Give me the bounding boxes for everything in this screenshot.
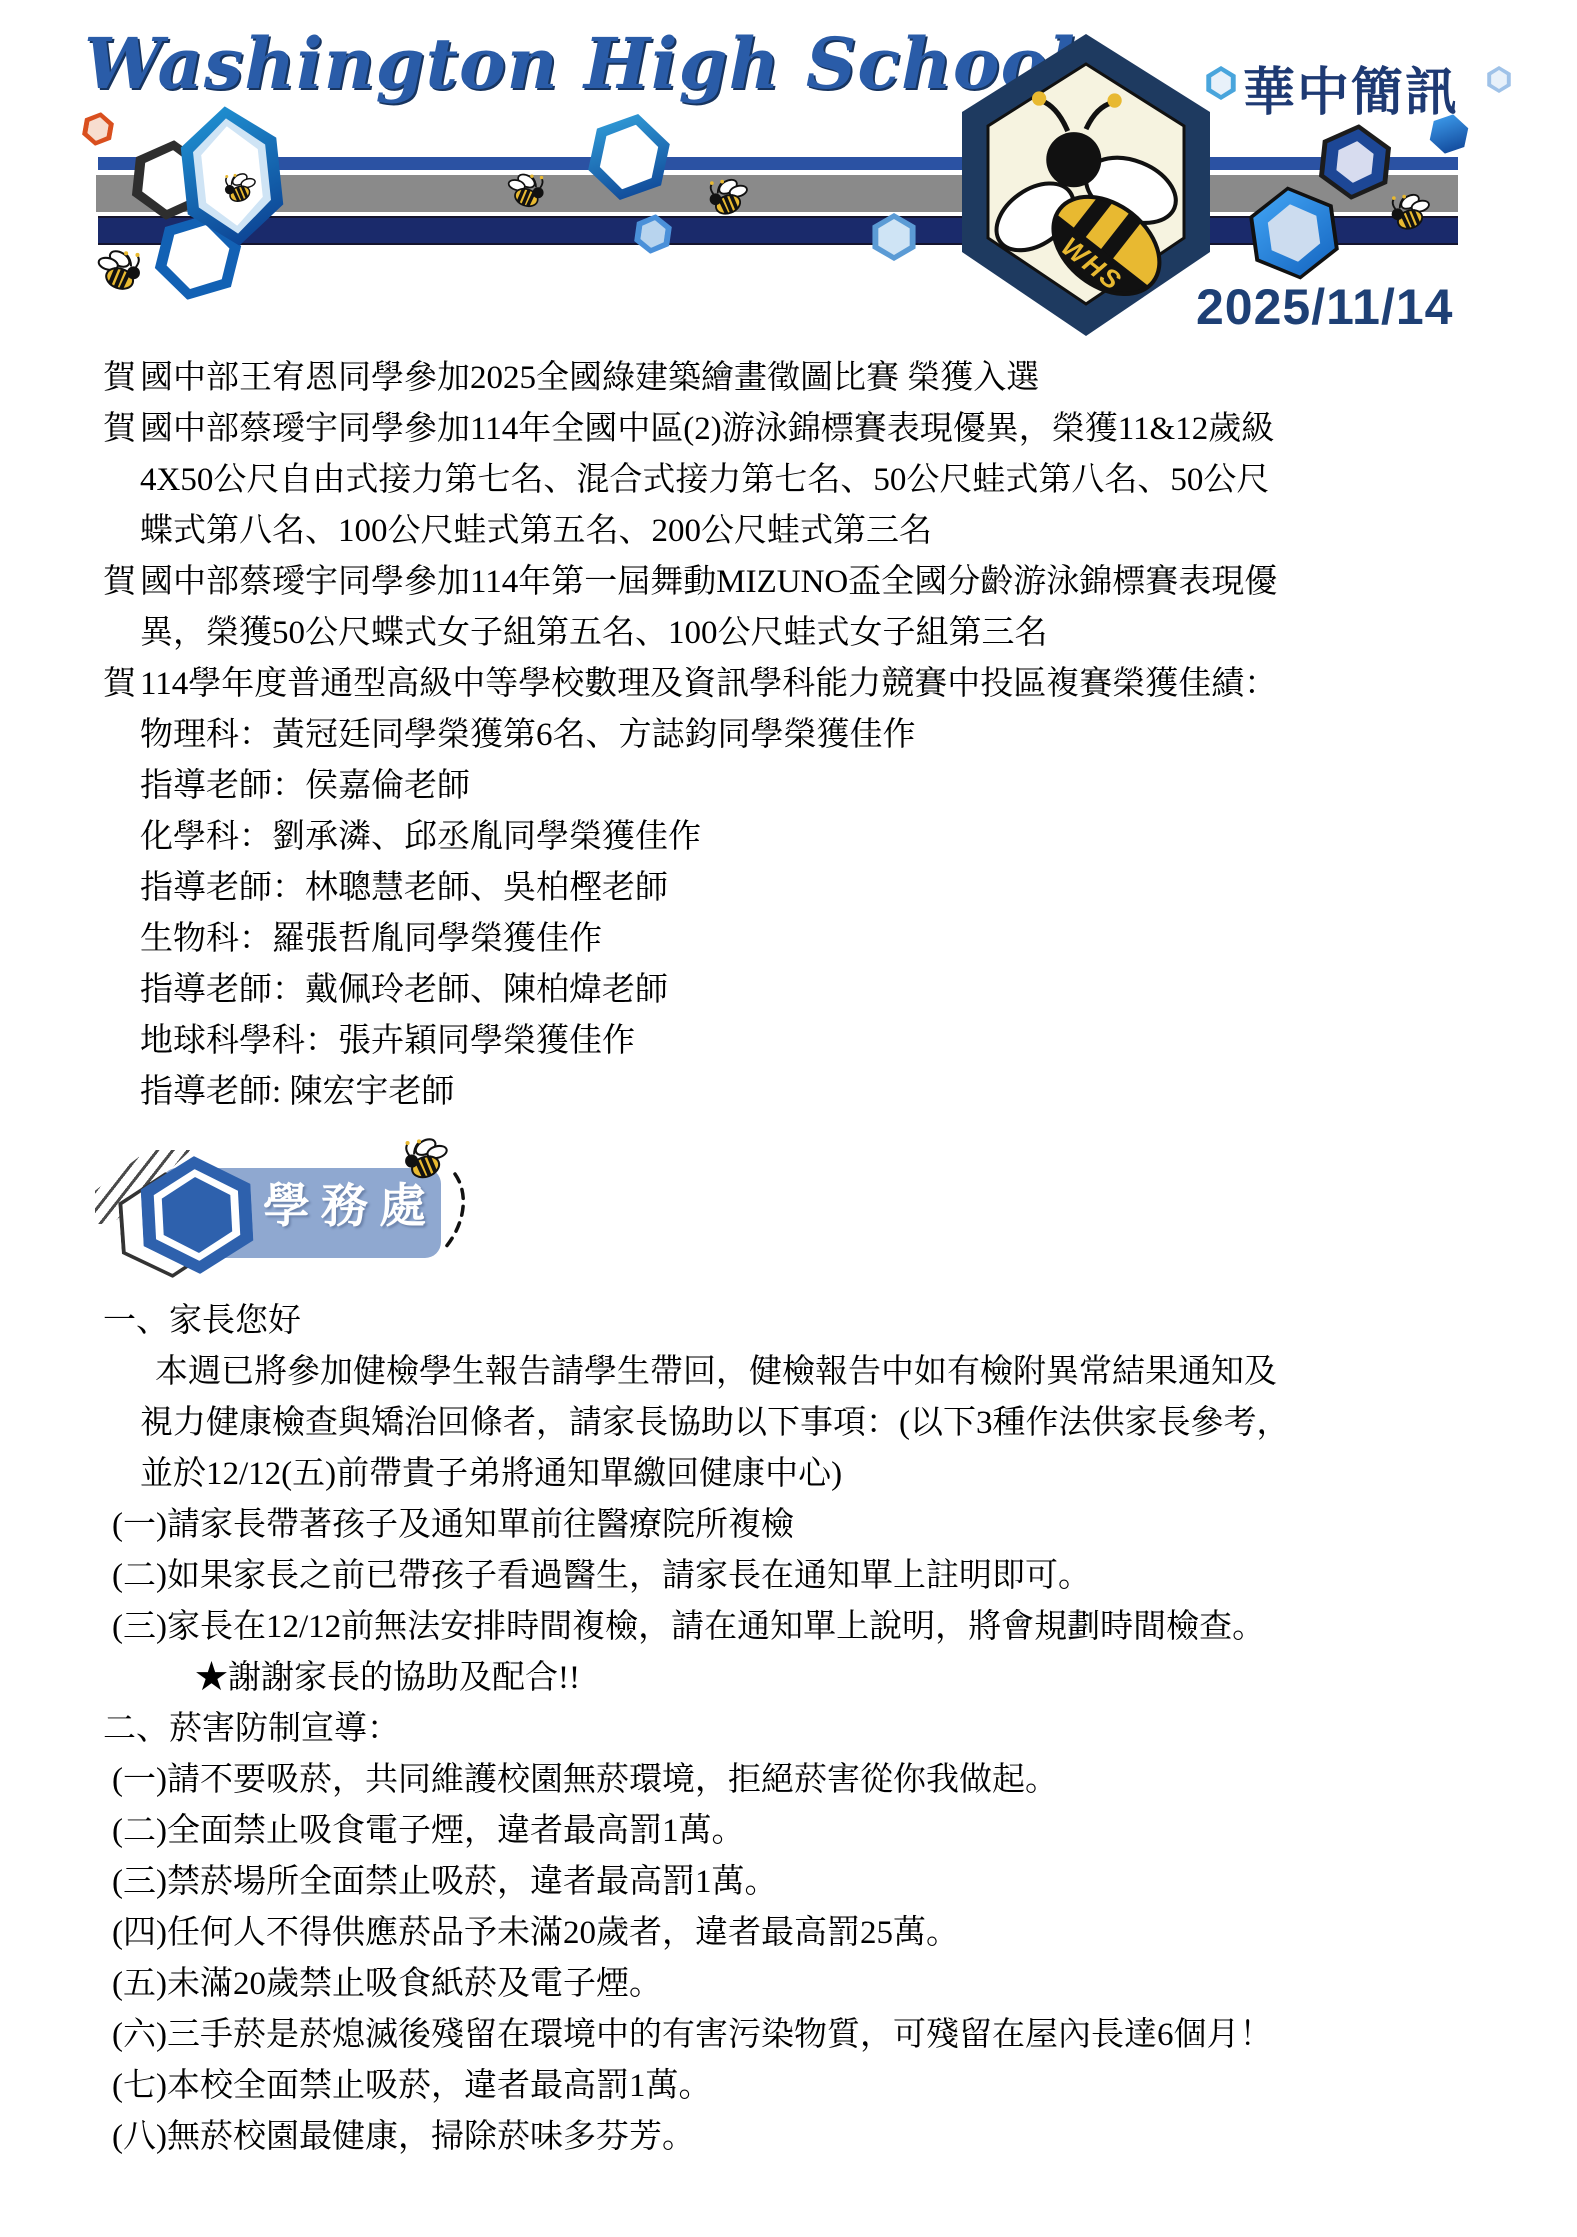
tobacco-point: (五)未滿20歲禁止吸食紙菸及電子煙。 <box>103 1959 1293 2010</box>
result-line: 指導老師: 陳宏宇老師 <box>103 1067 1293 1118</box>
issue-date: 2025/11/14 <box>1196 278 1454 336</box>
announcement-line: 賀國中部王宥恩同學參加2025全國綠建築繪畫徵圖比賽 榮獲入選 <box>103 353 1293 404</box>
bee-icon <box>92 246 144 298</box>
school-title: Washington High School <box>84 22 1076 105</box>
congrats-prefix: 賀 <box>103 411 136 447</box>
result-line: 指導老師：侯嘉倫老師 <box>103 761 1293 812</box>
result-line: 指導老師：戴佩玲老師、陳柏煒老師 <box>103 965 1293 1016</box>
parents-point: (二)如果家長之前已帶孩子看過醫生，請家長在通知單上註明即可。 <box>103 1551 1293 1602</box>
stripe-gray <box>96 175 1458 212</box>
tobacco-point: (二)全面禁止吸食電子煙，違者最高罰1萬。 <box>103 1806 1293 1857</box>
parents-point: (三)家長在12/12前無法安排時間複檢，請在通知單上說明，將會規劃時間檢查。 <box>103 1602 1293 1653</box>
bee-icon <box>222 170 260 208</box>
school-logo-badge: WHS <box>950 30 1222 342</box>
newsletter-title: 華中簡訊 <box>1243 50 1459 125</box>
section-badge-student-affairs: 學務處 <box>95 1144 1293 1284</box>
bee-icon <box>1388 190 1435 237</box>
tobacco-point: (三)禁菸場所全面禁止吸菸，違者最高罰1萬。 <box>103 1857 1293 1908</box>
announcement-line: 賀114學年度普通型高級中等學校數理及資訊學科能力競賽中投區複賽榮獲佳績： <box>103 659 1293 710</box>
congrats-prefix: 賀 <box>103 564 136 600</box>
congrats-prefix: 賀 <box>103 360 136 396</box>
result-line: 指導老師：林聰慧老師、吳柏樫老師 <box>103 863 1293 914</box>
header-banner: Washington High School <box>0 0 1577 345</box>
bee-icon <box>503 170 547 214</box>
parents-intro: 本週已將參加健檢學生報告請學生帶回，健檢報告中如有檢附異常結果通知及視力健康檢查… <box>103 1347 1293 1500</box>
result-line: 地球科學科：張卉穎同學榮獲佳作 <box>103 1016 1293 1067</box>
announcement-line: 賀國中部蔡璦宇同學參加114年第一屆舞動MIZUNO盃全國分齡游泳錦標賽表現優異… <box>103 557 1293 659</box>
hexagon-decoration <box>1487 66 1511 93</box>
hexagon-decoration <box>80 110 115 149</box>
tobacco-point: (一)請不要吸菸，共同維護校園無菸環境，拒絕菸害從你我做起。 <box>103 1755 1293 1806</box>
tobacco-point: (四)任何人不得供應菸品予未滿20歲者，違者最高罰25萬。 <box>103 1908 1293 1959</box>
tobacco-point: (八)無菸校園最健康，掃除菸味多芬芳。 <box>103 2112 1293 2163</box>
bee-icon <box>706 175 753 222</box>
tobacco-section-title: 二、菸害防制宣導： <box>103 1704 1293 1755</box>
results-list: 物理科：黃冠廷同學榮獲第6名、方誌鈞同學榮獲佳作 指導老師：侯嘉倫老師 化學科：… <box>103 710 1293 1118</box>
result-line: 生物科：羅張哲胤同學榮獲佳作 <box>103 914 1293 965</box>
parents-section-title: 一、家長您好 <box>103 1296 1293 1347</box>
newsletter-body: 賀國中部王宥恩同學參加2025全國綠建築繪畫徵圖比賽 榮獲入選 賀國中部蔡璦宇同… <box>103 353 1293 2163</box>
bee-icon <box>363 1132 483 1267</box>
tobacco-point: (六)三手菸是菸熄滅後殘留在環境中的有害污染物質，可殘留在屋內長達6個月！ <box>103 2010 1293 2061</box>
parents-point: (一)請家長帶著孩子及通知單前往醫療院所複檢 <box>103 1500 1293 1551</box>
tobacco-point: (七)本校全面禁止吸菸，違者最高罰1萬。 <box>103 2061 1293 2112</box>
result-line: 物理科：黃冠廷同學榮獲第6名、方誌鈞同學榮獲佳作 <box>103 710 1293 761</box>
congrats-prefix: 賀 <box>103 666 136 702</box>
stripe-blue <box>98 157 1458 170</box>
announcement-line: 賀國中部蔡璦宇同學參加114年全國中區(2)游泳錦標賽表現優異，榮獲11&12歲… <box>103 404 1293 557</box>
result-line: 化學科：劉承潾、邱丞胤同學榮獲佳作 <box>103 812 1293 863</box>
thanks-note: ★謝謝家長的協助及配合!! <box>103 1653 1293 1704</box>
newsletter-page: Washington High School <box>0 0 1577 2237</box>
